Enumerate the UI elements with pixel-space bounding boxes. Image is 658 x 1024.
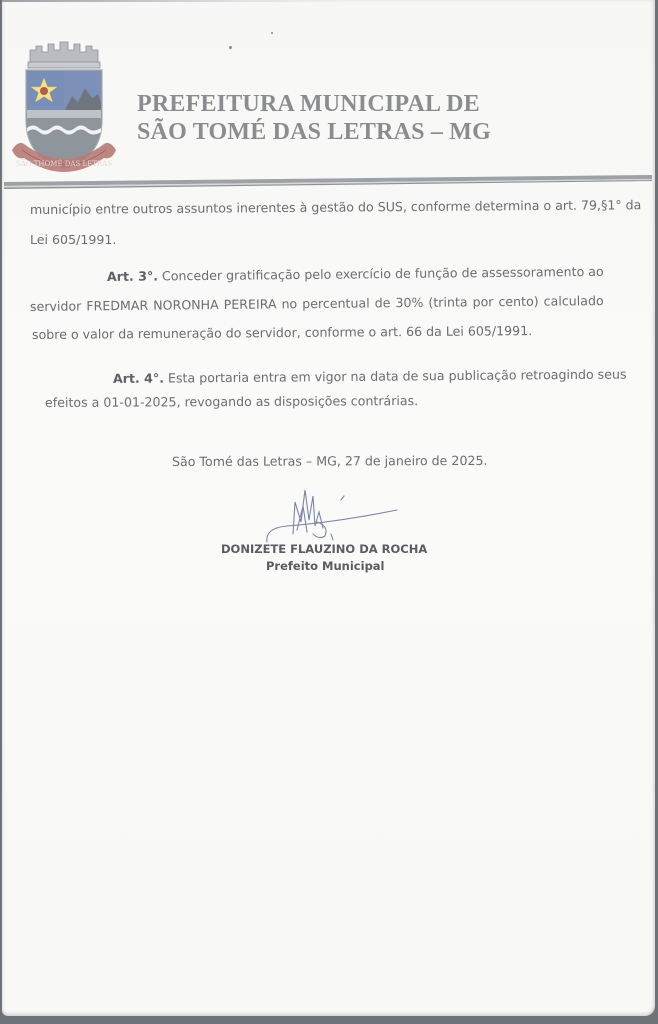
- article-3-line: servidor FREDMAR NORONHA PEREIRA no perc…: [30, 293, 604, 314]
- article-3-label: Art. 3°.: [107, 268, 158, 284]
- signer-role: Prefeito Municipal: [266, 559, 385, 573]
- coat-of-arms-icon: SÃO THOMÉ DAS LETRAS: [8, 40, 120, 182]
- scan-speck: [271, 32, 273, 34]
- municipality-heading: PREFEITURA MUNICIPAL DE SÃO TOMÉ DAS LET…: [137, 90, 491, 146]
- article-4-line: Art. 4°. Esta portaria entra em vigor na…: [113, 367, 627, 386]
- article-4-label: Art. 4°.: [113, 371, 164, 386]
- signer-name: DONIZETE FLAUZINO DA ROCHA: [221, 542, 427, 556]
- header-divider: [4, 175, 652, 189]
- article-4-line: efeitos a 01-01-2025, revogando as dispo…: [45, 393, 418, 410]
- svg-text:SÃO THOMÉ DAS LETRAS: SÃO THOMÉ DAS LETRAS: [16, 159, 112, 168]
- paragraph-continuation-line: município entre outros assuntos inerente…: [30, 197, 641, 217]
- document-page: SÃO THOMÉ DAS LETRAS PREFEITURA MUNICIPA…: [2, 0, 655, 1016]
- article-3-line: Art. 3°. Conceder gratificação pelo exer…: [107, 264, 604, 284]
- place-and-date: São Tomé das Letras – MG, 27 de janeiro …: [172, 453, 488, 469]
- article-4-text: Esta portaria entra em vigor na data de …: [164, 367, 627, 386]
- heading-line-1: PREFEITURA MUNICIPAL DE: [137, 90, 491, 118]
- scan-speck: [229, 46, 232, 49]
- article-3-line: sobre o valor da remuneração do servidor…: [32, 323, 532, 342]
- paragraph-continuation-line: Lei 605/1991.: [30, 232, 116, 247]
- article-3-text: Conceder gratificação pelo exercício de …: [158, 264, 604, 284]
- heading-line-2: SÃO TOMÉ DAS LETRAS – MG: [137, 118, 491, 146]
- page-edge-shadow: [2, 0, 342, 2]
